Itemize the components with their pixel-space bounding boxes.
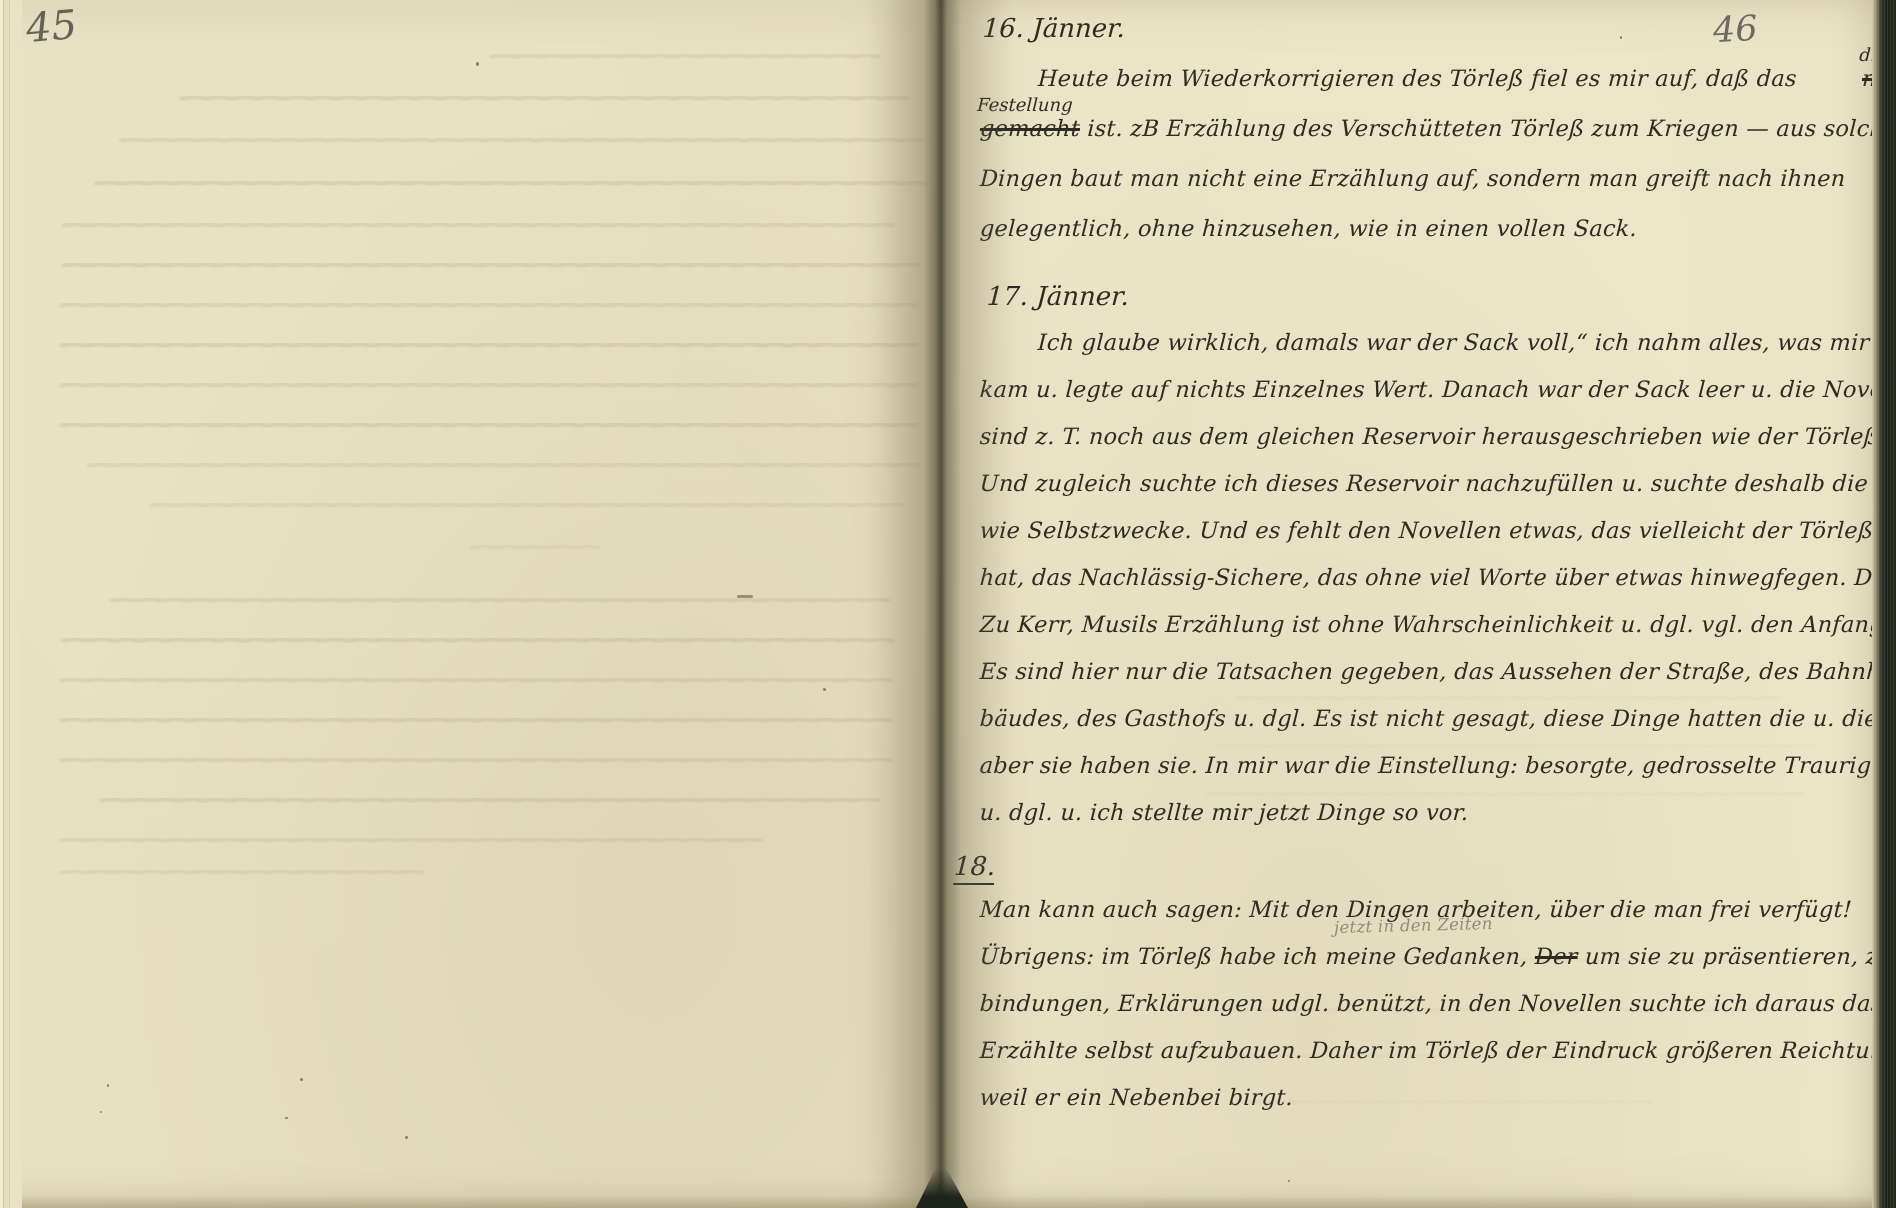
manuscript-line: sind z. T. noch aus dem gleichen Reservo…: [978, 424, 1858, 471]
stacked-page-edges-left: [0, 0, 22, 1208]
manuscript-line: bindungen, Erklärungen udgl. benützt, in…: [978, 991, 1858, 1038]
entry-date-heading: 18.: [953, 852, 996, 885]
manuscript-line: Und zugleich suchte ich dieses Reservoir…: [978, 471, 1858, 518]
left-page: 45: [0, 0, 936, 1208]
ink-speck: [476, 62, 479, 66]
manuscript-line: weil er ein Nebenbei birgt.: [978, 1085, 1858, 1132]
page-bottom-edge: [936, 1196, 1878, 1208]
page-bottom-edge: [0, 1196, 936, 1208]
show-through-writing: [0, 0, 936, 1208]
manuscript-line: Zu Kerr, Musils Erzählung ist ohne Wahrs…: [978, 612, 1858, 659]
page-number-left: 45: [24, 2, 79, 52]
ink-speck: [405, 1136, 408, 1139]
struck-word: gemacht: [979, 116, 1080, 142]
pencil-dash-mark: [737, 595, 753, 598]
handwritten-text: Dingen baut man nicht eine Erzählung auf…: [979, 166, 1846, 192]
handwritten-text: Es sind hier nur die Tatsachen gegeben, …: [979, 659, 1896, 685]
correction: Festellunggemacht: [979, 116, 1080, 142]
manuscript-line: Heute beim Wiederkorrigieren des Törleß …: [978, 66, 1859, 116]
handwritten-text: kam u. legte auf nichts Einzelnes Wert. …: [979, 377, 1896, 403]
handwritten-text: Und zugleich suchte ich dieses Reservoir…: [979, 471, 1896, 497]
entry-date-heading: 16. Jänner.: [982, 14, 1126, 44]
handwritten-text: Erzählte selbst aufzubauen. Daher im Tör…: [979, 1038, 1896, 1064]
notebook-scan: 45 46 16. Jänner.Heute beim Wiederkorrig…: [0, 0, 1896, 1208]
manuscript-line: gelegentlich, ohne hinzusehen, wie in ei…: [978, 216, 1859, 266]
handwritten-text: bindungen, Erklärungen udgl. benützt, in…: [979, 991, 1883, 1017]
handwritten-text: ist. zB Erzählung des Verschütteten Törl…: [1079, 116, 1896, 142]
manuscript-line: kam u. legte auf nichts Einzelnes Wert. …: [978, 377, 1858, 424]
book-fore-edge: [1872, 0, 1896, 1208]
handwritten-text: Übrigens: im Törleß habe ich meine Gedan…: [979, 944, 1535, 970]
ink-speck: [1288, 1180, 1290, 1182]
manuscript-line: Es sind hier nur die Tatsachen gegeben, …: [978, 659, 1858, 706]
handwritten-text: gelegentlich, ohne hinzusehen, wie in ei…: [979, 216, 1637, 242]
entry-date-heading: 17. Jänner.: [986, 282, 1130, 312]
manuscript-line: aber sie haben sie. In mir war die Einst…: [978, 753, 1858, 800]
manuscript-line: wie Selbstzwecke. Und es fehlt den Novel…: [978, 518, 1858, 565]
manuscript-line: Erzählte selbst aufzubauen. Daher im Tör…: [978, 1038, 1858, 1085]
manuscript-line: u. dgl. u. ich stellte mir jetzt Dinge s…: [978, 800, 1858, 847]
ink-speck: [285, 1117, 288, 1119]
struck-word: Der: [1534, 944, 1578, 970]
manuscript-line: Dingen baut man nicht eine Erzählung auf…: [978, 166, 1859, 216]
manuscript-line: Festellunggemacht ist. zB Erzählung des …: [978, 116, 1859, 166]
manuscript-line: Ich glaube wirklich, damals war der Sack…: [978, 330, 1858, 377]
handwritten-text: um sie zu präsentieren, zu Ver-: [1577, 944, 1896, 970]
ink-speck: [300, 1078, 303, 1081]
right-page: 46 16. Jänner.Heute beim Wiederkorrigier…: [936, 0, 1878, 1208]
ink-speck: [1620, 36, 1622, 39]
handwritten-text: hat, das Nachlässig-Sichere, das ohne vi…: [979, 565, 1896, 591]
handwritten-text: sind z. T. noch aus dem gleichen Reservo…: [979, 424, 1887, 450]
manuscript-line: bäudes, des Gasthofs u. dgl. Es ist nich…: [978, 706, 1858, 753]
handwritten-text: Zu Kerr, Musils Erzählung ist ohne Wahrs…: [979, 612, 1896, 638]
handwritten-text: Heute beim Wiederkorrigieren des Törleß …: [1037, 66, 1805, 92]
diary-entry: 18.Man kann auch sagen: Mit den Dingen a…: [978, 852, 1856, 1132]
handwritten-text: u. dgl. u. ich stellte mir jetzt Dinge s…: [979, 800, 1469, 826]
ink-speck: [107, 1084, 109, 1087]
ink-speck: [823, 688, 826, 691]
handwritten-text: aber sie haben sie. In mir war die Einst…: [979, 753, 1896, 779]
manuscript-line: Übrigens: im Törleß habe ich meine Gedan…: [978, 944, 1858, 991]
handwritten-text: Ich glaube wirklich, damals war der Sack…: [1037, 330, 1896, 356]
manuscript-text: 16. Jänner.Heute beim Wiederkorrigieren …: [936, 0, 1878, 1208]
handwritten-text: bäudes, des Gasthofs u. dgl. Es ist nich…: [979, 706, 1896, 732]
diary-entry: 16. Jänner.Heute beim Wiederkorrigieren …: [978, 14, 1856, 266]
correction: Der: [1534, 944, 1578, 970]
handwritten-text: wie Selbstzwecke. Und es fehlt den Novel…: [979, 518, 1874, 544]
diary-entry: 17. Jänner.Ich glaube wirklich, damals w…: [978, 282, 1856, 847]
inserted-word-above: Festellung: [977, 95, 1074, 116]
ink-speck: [100, 1111, 102, 1113]
manuscript-line: hat, das Nachlässig-Sichere, das ohne vi…: [978, 565, 1858, 612]
handwritten-text: weil er ein Nebenbei birgt.: [979, 1085, 1294, 1111]
